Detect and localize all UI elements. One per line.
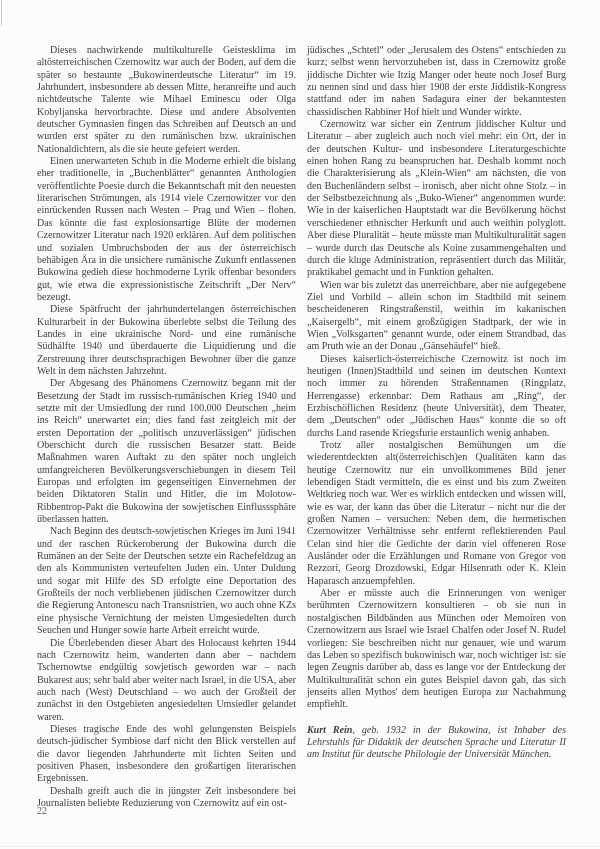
paragraph: Wien war bis zuletzt das unerreichbare, … [307,280,566,354]
author-bio: Kurt Rein, geb. 1932 in der Bukowina, is… [307,725,566,762]
paragraph: Diese Spätfrucht der jahrhundertelangen … [37,304,296,378]
paragraph: Einen unerwarteten Schub in die Moderne … [37,156,296,304]
left-column: Dieses nachwirkende multikulturelle Geis… [37,45,296,810]
right-column: jüdisches „Schtetl“ oder „Jerusalem des … [307,45,566,810]
scan-artifact-left-edge [1,0,2,26]
paragraph: Die Überlebenden dieser Abart des Holoca… [37,638,296,724]
scanned-document-page: Dieses nachwirkende multikulturelle Geis… [0,0,600,849]
page-number: 22 [37,806,47,817]
author-name: Kurt Rein [307,725,352,736]
paragraph: Nach Beginn des deutsch-sowjetischen Kri… [37,526,296,637]
paragraph: Deshalb greift auch die in jüngster Zeit… [37,786,296,811]
text-columns: Dieses nachwirkende multikulturelle Geis… [37,45,566,810]
paragraph: Dieses kaiserlich-österreichische Czerno… [307,354,566,440]
paragraph: jüdisches „Schtetl“ oder „Jerusalem des … [307,45,566,119]
paragraph: Czernowitz war sicher ein Zentrum jiddis… [307,119,566,279]
scan-artifact-bottom-edge [0,846,600,847]
paragraph: Dieses nachwirkende multikulturelle Geis… [37,45,296,156]
paragraph: Der Abgesang des Phänomens Czernowitz be… [37,378,296,526]
paragraph: Trotz aller nostalgischen Bemühungen um … [307,440,566,588]
paragraph: Dieses tragische Ende des wohl gelungens… [37,724,296,786]
paragraph: Aber er müsste auch die Erinnerungen von… [307,588,566,711]
